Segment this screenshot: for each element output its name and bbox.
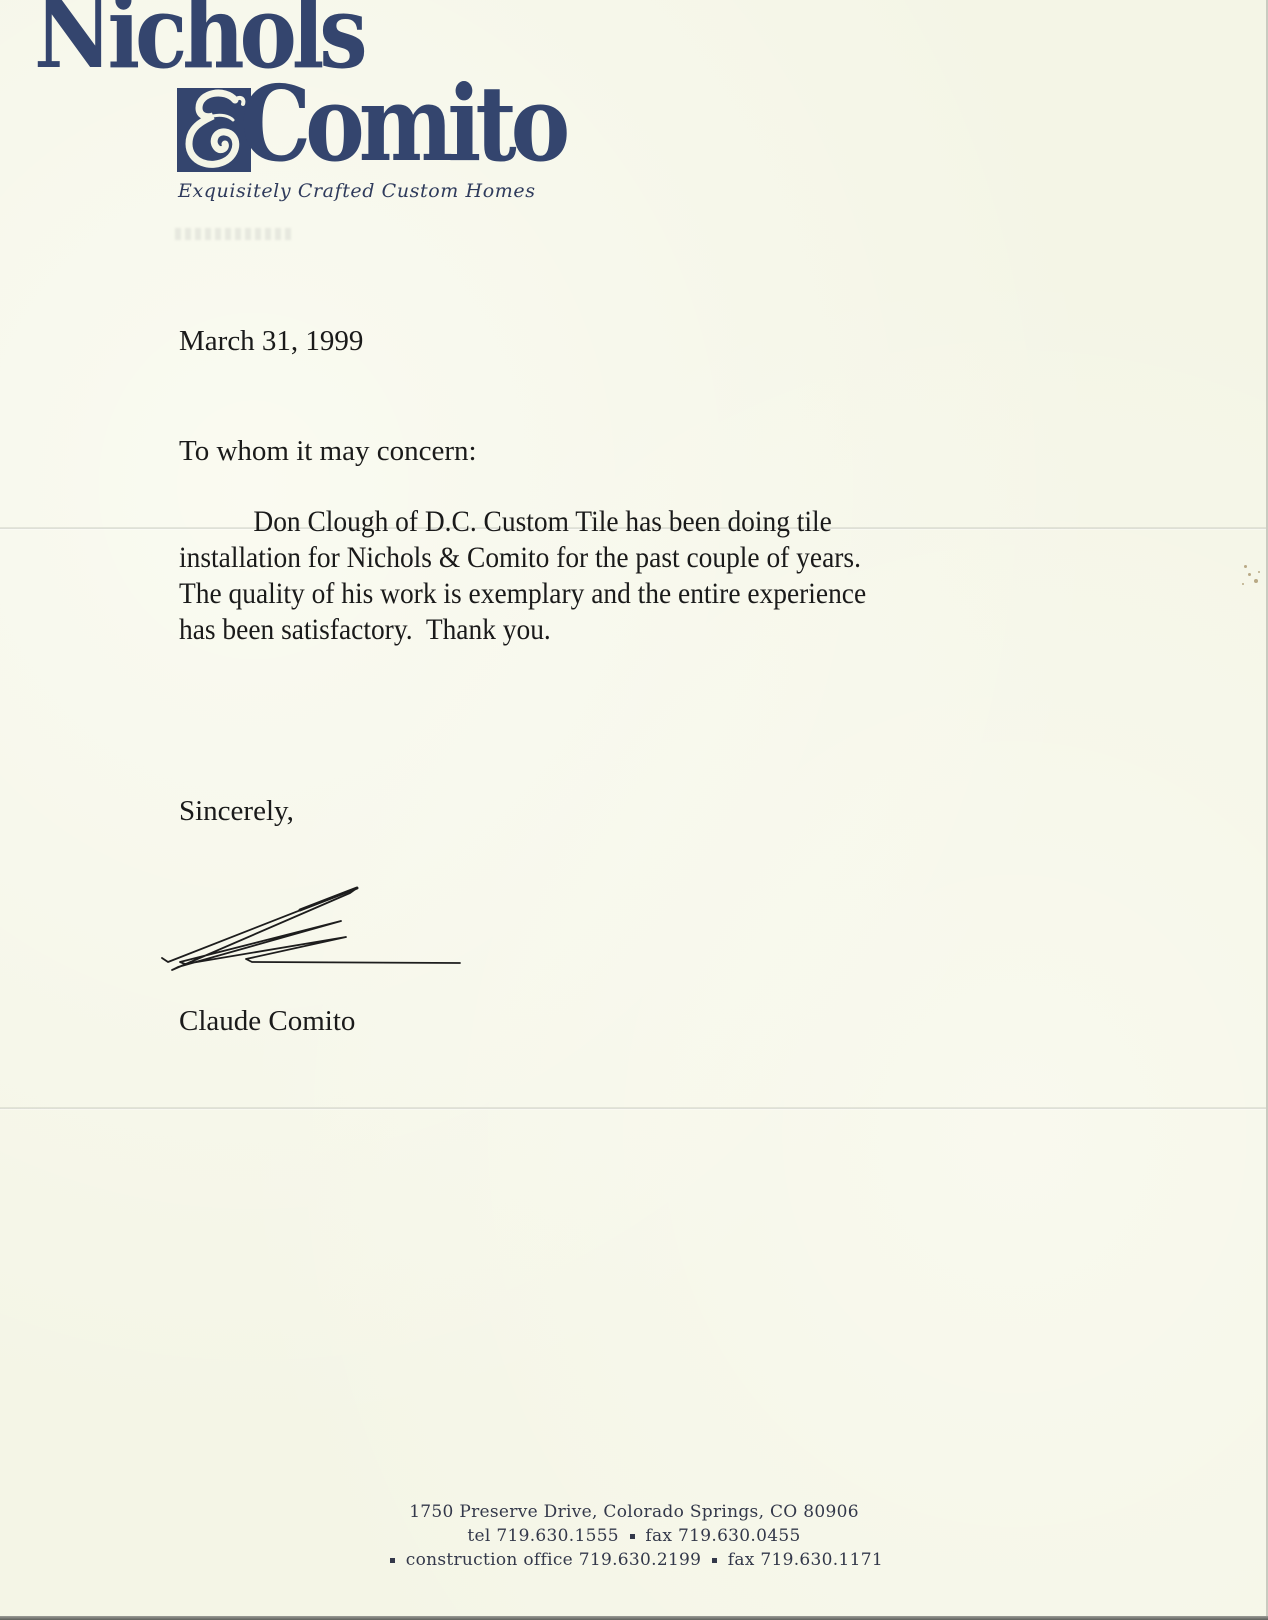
bullet-icon bbox=[390, 1558, 395, 1563]
tel-label: tel bbox=[467, 1526, 490, 1546]
signature-icon bbox=[150, 878, 480, 983]
construction-phone: 719.630.2199 bbox=[579, 1550, 702, 1570]
bullet-icon bbox=[630, 1534, 635, 1539]
scan-edge bbox=[0, 1616, 1268, 1620]
construction-fax: 719.630.1171 bbox=[760, 1550, 883, 1570]
footer-construction-line: construction office 719.630.2199 fax 719… bbox=[0, 1548, 1268, 1572]
tel-number: 719.630.1555 bbox=[496, 1526, 619, 1546]
paper-stain bbox=[1242, 565, 1264, 593]
letter-salutation: To whom it may concern: bbox=[179, 437, 477, 466]
letterhead-footer: 1750 Preserve Drive, Colorado Springs, C… bbox=[0, 1500, 1268, 1572]
footer-phone-line: tel 719.630.1555 fax 719.630.0455 bbox=[0, 1524, 1268, 1548]
letter-body: Don Clough of D.C. Custom Tile has been … bbox=[179, 504, 866, 648]
body-line: Don Clough of D.C. Custom Tile has been … bbox=[179, 504, 866, 540]
company-tagline: Exquisitely Crafted Custom Homes bbox=[178, 180, 536, 202]
fax-label: fax bbox=[645, 1526, 672, 1546]
construction-label: construction office bbox=[406, 1550, 573, 1570]
ink-bleed-smudge bbox=[175, 228, 295, 240]
letter-date: March 31, 1999 bbox=[179, 327, 363, 356]
bullet-icon bbox=[712, 1558, 717, 1563]
body-line: has been satisfactory. Thank you. bbox=[179, 612, 866, 648]
letter-page: Nichols Comito Exquisitely Crafted Custo… bbox=[0, 0, 1268, 1620]
company-logo: Nichols Comito Exquisitely Crafted Custo… bbox=[0, 0, 600, 215]
logo-wordmark-comito: Comito bbox=[240, 72, 564, 176]
footer-address: 1750 Preserve Drive, Colorado Springs, C… bbox=[0, 1500, 1268, 1524]
body-line: installation for Nichols & Comito for th… bbox=[179, 540, 866, 576]
letter-closing: Sincerely, bbox=[179, 797, 294, 826]
paper-fold-line bbox=[0, 1107, 1268, 1110]
signer-name: Claude Comito bbox=[179, 1007, 355, 1036]
construction-fax-label: fax bbox=[728, 1550, 755, 1570]
body-line: The quality of his work is exemplary and… bbox=[179, 576, 866, 612]
fax-number: 719.630.0455 bbox=[678, 1526, 801, 1546]
